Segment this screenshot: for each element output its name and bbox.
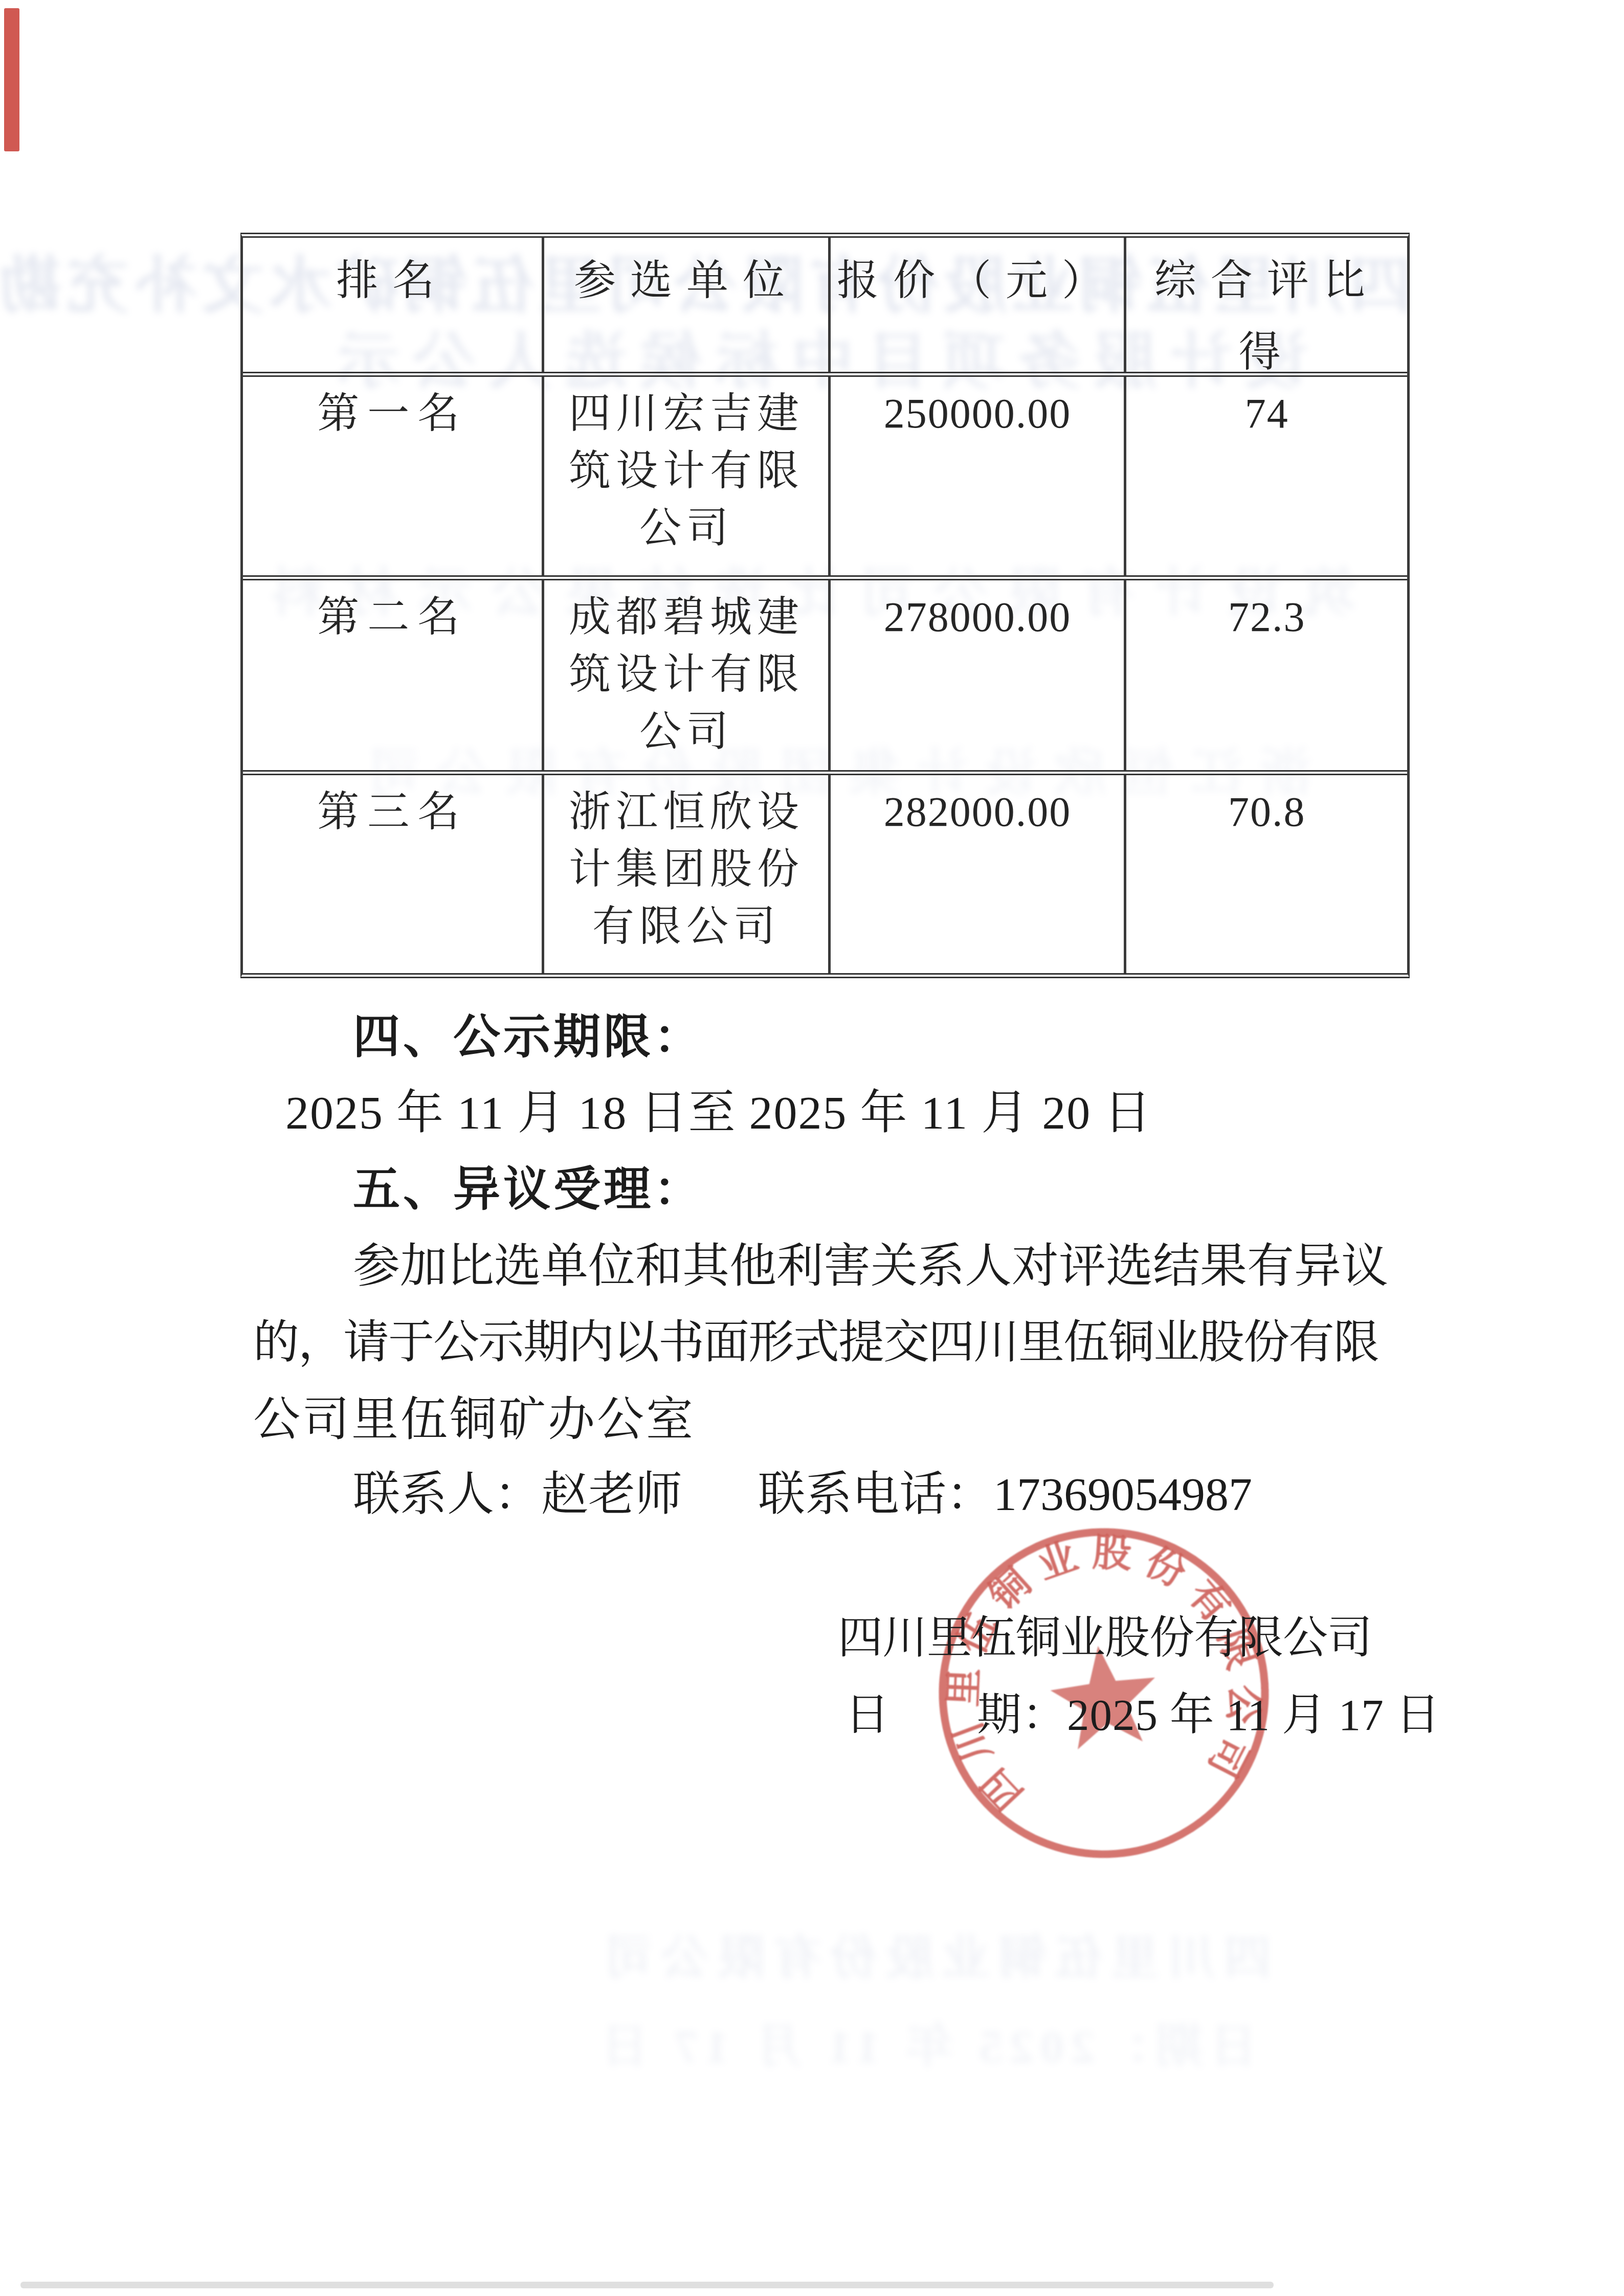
bleed-through-text: 日期：2025 年 11 月 17 日 [563, 2009, 1289, 2076]
signature-date-label: 日 [845, 1690, 890, 1740]
price-cell: 278000.00 [831, 580, 1126, 770]
column-header-score-line1: 综合评比得 [1126, 245, 1407, 372]
scanned-document-page: 四川里伍铜业股份有限公司里伍铜矿水文补充勘探 设计服务项目中标候选人公示 筑设计… [0, 0, 1624, 2296]
column-header-price: 报价（元） [831, 238, 1126, 372]
unit-line: 公司 [544, 500, 828, 557]
section-4-heading: 四、公示期限： [353, 1008, 704, 1066]
objection-paragraph-line-3: 公司里伍铜矿办公室 [253, 1391, 695, 1448]
section-5-heading: 五、异议受理： [353, 1161, 704, 1218]
unit-line: 浙江恒欣设 [544, 783, 828, 841]
contact-person-name: 赵老师 [541, 1468, 682, 1520]
contact-phone-label: 联系电话： [758, 1468, 993, 1520]
column-header-rank: 排名 [243, 238, 544, 372]
column-header-score: 综合评比得 分 [1126, 238, 1407, 372]
contact-person-label: 联系人： [353, 1468, 541, 1520]
signature-company-name: 四川里伍铜业股份有限公司 [838, 1610, 1372, 1667]
column-header-unit: 参选单位 [544, 238, 831, 372]
unit-cell: 浙江恒欣设 计集团股份 有限公司 [544, 775, 831, 973]
objection-paragraph-line-2: 的，请于公示期内以书面形式提交四川里伍铜业股份有限 [253, 1314, 1378, 1371]
signature-date-value: 期：2025 年 11 月 17 日 [977, 1690, 1441, 1740]
publicity-period-text: 2025 年 11 月 18 日至 2025 年 11 月 20 日 [285, 1084, 1152, 1141]
score-cell: 72.3 [1126, 580, 1407, 770]
scan-streak [20, 2282, 1274, 2288]
table-row: 第二名 成都碧城建 筑设计有限 公司 278000.00 72.3 [243, 580, 1407, 775]
unit-cell: 四川宏吉建 筑设计有限 公司 [544, 377, 831, 575]
rank-cell: 第三名 [243, 775, 544, 973]
unit-cell: 成都碧城建 筑设计有限 公司 [544, 580, 831, 770]
unit-line: 筑设计有限 [544, 442, 828, 500]
bid-results-table: 排名 参选单位 报价（元） 综合评比得 分 第一名 四川宏吉建 筑设计有限 公司… [240, 233, 1410, 978]
rank-cell: 第二名 [243, 580, 544, 770]
score-cell: 74 [1126, 377, 1407, 575]
bleed-through-text: 四川里伍铜业股份有限公司 [588, 1920, 1279, 1988]
contact-line: 联系人：赵老师联系电话：17369054987 [353, 1466, 1252, 1523]
table-header-row: 排名 参选单位 报价（元） 综合评比得 分 [243, 238, 1407, 377]
unit-line: 筑设计有限 [544, 646, 828, 703]
unit-line: 有限公司 [544, 898, 828, 955]
price-cell: 250000.00 [831, 377, 1126, 575]
table-row: 第一名 四川宏吉建 筑设计有限 公司 250000.00 74 [243, 377, 1407, 580]
signature-date: 日期：2025 年 11 月 17 日 [845, 1686, 1441, 1744]
unit-line: 成都碧城建 [544, 589, 828, 646]
contact-phone-number: 17369054987 [993, 1468, 1252, 1520]
unit-line: 四川宏吉建 [544, 385, 828, 442]
unit-line: 公司 [544, 703, 828, 760]
objection-paragraph-line-1: 参加比选单位和其他利害关系人对评选结果有异议 [353, 1237, 1388, 1295]
score-cell: 70.8 [1126, 775, 1407, 973]
unit-line: 计集团股份 [544, 841, 828, 898]
rank-cell: 第一名 [243, 377, 544, 575]
price-cell: 282000.00 [831, 775, 1126, 973]
red-scan-mark [4, 8, 19, 151]
table-row: 第三名 浙江恒欣设 计集团股份 有限公司 282000.00 70.8 [243, 775, 1407, 973]
